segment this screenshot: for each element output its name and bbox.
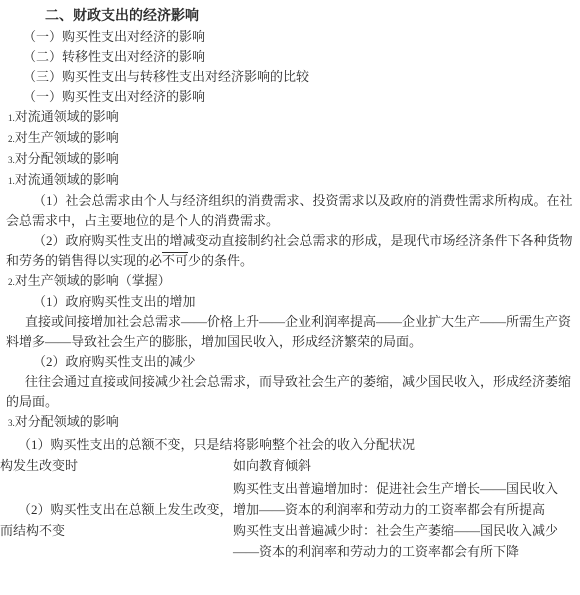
outline-item-4: （一）购买性支出对经济的影响 <box>0 87 580 107</box>
overlined-text: 不可 <box>162 253 188 268</box>
circulation-point-2-text: （2）政府购买性支出的增减变动直接制约社会总需求的形成，是现代市场经济条件下各种… <box>6 233 573 268</box>
heading-number: 1. <box>8 176 15 186</box>
outline-item-1: （一）购买性支出对经济的影响 <box>0 27 580 47</box>
heading-number: 3. <box>8 418 15 428</box>
heading-label: 对分配领域的影响 <box>15 151 119 166</box>
heading-label: 对生产领域的影响 <box>15 130 119 145</box>
outline-item-2: （二）转移性支出对经济的影响 <box>0 47 580 67</box>
document-page: 二、财政支出的经济影响 （一）购买性支出对经济的影响 （二）转移性支出对经济的影… <box>0 0 580 562</box>
heading-number: 1. <box>8 113 15 123</box>
heading-label: 对流通领域的影响 <box>15 172 119 187</box>
outline-item-3: （三）购买性支出与转移性支出对经济影响的比较 <box>0 67 580 87</box>
distribution-effects-table: （1）购买性支出的总额不变，只是结构发生改变时 将影响整个社会的收入分配状况 如… <box>0 434 580 562</box>
section-heading-circulation-repeat: 1.对流通领域的影响 <box>0 170 580 191</box>
production-point-1: （1）政府购买性支出的增加 <box>0 292 580 312</box>
heading-label: 对生产领域的影响（掌握） <box>15 273 171 288</box>
heading-number: 3. <box>8 155 15 165</box>
circulation-point-2-tail: 少的条件。 <box>188 253 253 268</box>
circulation-point-1: （1）社会总需求由个人与经济组织的消费需求、投资需求以及政府的消费性需求所构成。… <box>0 191 580 231</box>
effect-paragraph: 购买性支出普遍增加时：促进社会生产增长——国民收入增加——资本的利润率和劳动力的… <box>233 478 565 520</box>
effect-cell: 购买性支出普遍增加时：促进社会生产增长——国民收入增加——资本的利润率和劳动力的… <box>233 476 580 562</box>
effect-paragraph: 购买性支出普遍减少时：社会生产萎缩——国民收入减少——资本的利润率和劳动力的工资… <box>233 520 565 562</box>
effect-paragraph: 将影响整个社会的收入分配状况 <box>233 434 565 455</box>
production-point-2: （2）政府购买性支出的减少 <box>0 352 580 372</box>
distribution-section-heading: 3.对分配领域的影响 <box>0 412 580 433</box>
effect-cell: 将影响整个社会的收入分配状况 如向教育倾斜 <box>233 434 580 476</box>
production-point-1-detail: 直接或间接增加社会总需求——价格上升——企业利润率提高——企业扩大生产——所需生… <box>0 312 580 352</box>
heading-number: 2. <box>8 277 15 287</box>
condition-cell: （2）购买性支出在总额上发生改变，而结构不变 <box>0 476 233 562</box>
effect-paragraph: 如向教育倾斜 <box>233 455 565 476</box>
table-row-total-unchanged: （1）购买性支出的总额不变，只是结构发生改变时 将影响整个社会的收入分配状况 如… <box>0 434 580 476</box>
condition-cell: （1）购买性支出的总额不变，只是结构发生改变时 <box>0 434 233 476</box>
section-heading-production: 2.对生产领域的影响 <box>0 128 580 149</box>
section-heading-circulation: 1.对流通领域的影响 <box>0 107 580 128</box>
heading-label: 对流通领域的影响 <box>15 109 119 124</box>
production-section-heading: 2.对生产领域的影响（掌握） <box>0 271 580 292</box>
section-heading-distribution: 3.对分配领域的影响 <box>0 149 580 170</box>
circulation-point-2: （2）政府购买性支出的增减变动直接制约社会总需求的形成，是现代市场经济条件下各种… <box>0 231 580 271</box>
production-point-2-detail: 往往会通过直接或间接减少社会总需求，而导致社会生产的萎缩，减少国民收入，形成经济… <box>0 372 580 412</box>
heading-label: 对分配领域的影响 <box>15 414 119 429</box>
page-title: 二、财政支出的经济影响 <box>0 7 580 27</box>
table-row-total-changed: （2）购买性支出在总额上发生改变，而结构不变 购买性支出普遍增加时：促进社会生产… <box>0 476 580 562</box>
heading-number: 2. <box>8 134 15 144</box>
